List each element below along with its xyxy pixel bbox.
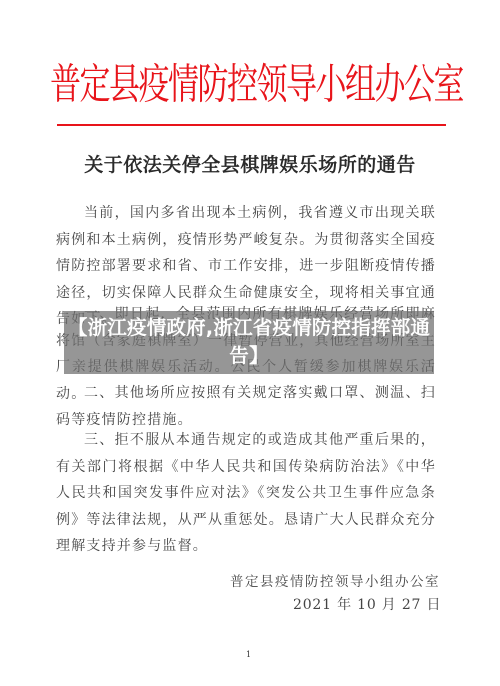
page-number: 1 bbox=[246, 650, 251, 659]
paragraph-item-3: 三、拒不服从本通告规定的或造成其他严重后果的，有关部门将根据《中华人民共和国传染… bbox=[56, 427, 436, 560]
signature-office: 普定县疫情防控领导小组办公室 bbox=[230, 570, 430, 590]
document-page: 普定县疫情防控领导小组办公室 关于依法关停全县棋牌娱乐场所的通告 当前，国内多省… bbox=[0, 0, 500, 686]
signature-date: 2021 年 10 月 27 日 bbox=[293, 594, 441, 614]
notice-title: 关于依法关停全县棋牌娱乐场所的通告 bbox=[0, 150, 500, 177]
caption-overlay: 【浙江疫情政府,浙江省疫情防控指挥部通告】 bbox=[64, 311, 434, 374]
paragraph-item-2: 二、其他场所应按照有关规定落实戴口罩、测温、扫码等疫情防控措施。 bbox=[56, 380, 436, 433]
letterhead-divider bbox=[57, 124, 446, 126]
letterhead-title: 普定县疫情防控领导小组办公室 bbox=[50, 45, 450, 126]
paragraph-text: 二、其他场所应按照有关规定落实戴口罩、测温、扫码等疫情防控措施。 bbox=[56, 380, 436, 433]
paragraph-text: 三、拒不服从本通告规定的或造成其他严重后果的，有关部门将根据《中华人民共和国传染… bbox=[56, 427, 436, 560]
